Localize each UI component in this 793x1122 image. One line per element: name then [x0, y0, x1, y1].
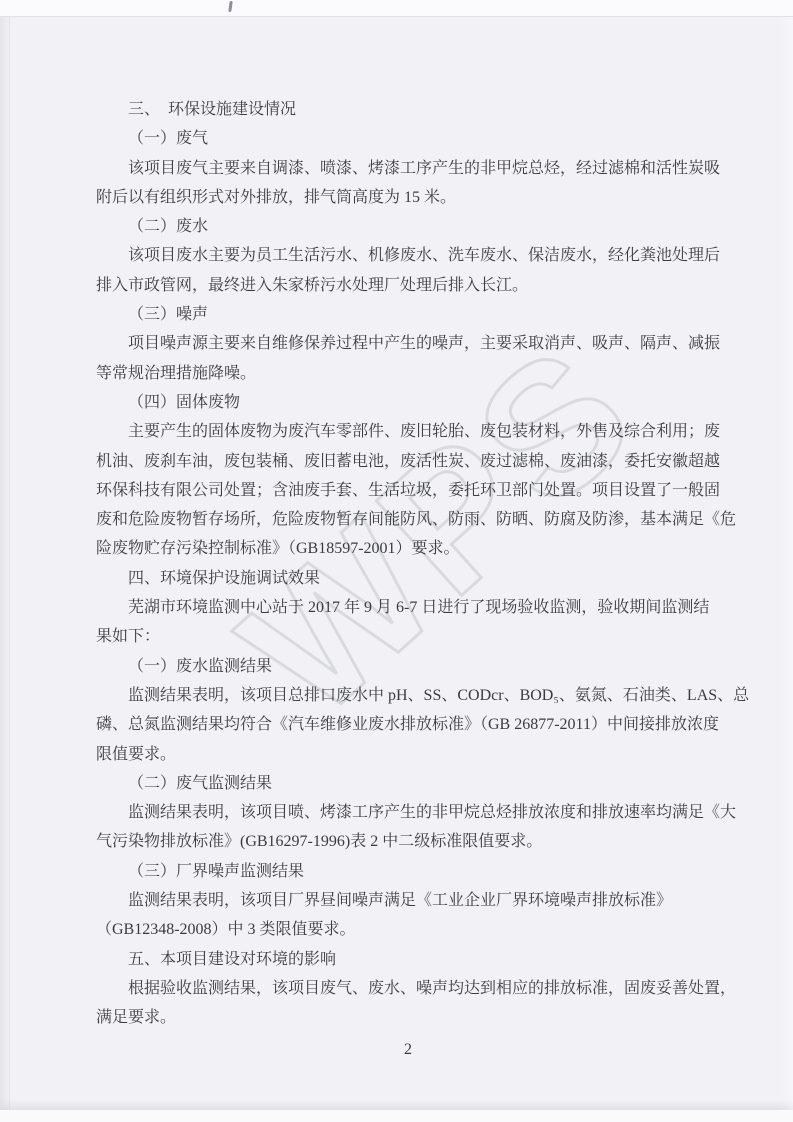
text-line: 果如下：	[96, 622, 720, 651]
text-line: （三）厂界噪声监测结果	[96, 857, 720, 886]
text-line: 项目噪声源主要来自维修保养过程中产生的噪声，主要采取消声、吸声、隔声、减振	[96, 329, 720, 358]
text-line: 五、本项目建设对环境的影响	[96, 945, 720, 974]
text-line: 三、 环保设施建设情况	[96, 95, 720, 124]
text-line: （三）噪声	[96, 300, 720, 329]
text-line: （一）废水监测结果	[96, 652, 720, 681]
text-line: 监测结果表明，该项目厂界昼间噪声满足《工业企业厂界环境噪声排放标准》	[96, 886, 720, 915]
text-line: 根据验收监测结果，该项目废气、废水、噪声均达到相应的排放标准，固废妥善处置，	[96, 974, 720, 1003]
text-line: 附后以有组织形式对外排放，排气筒高度为 15 米。	[96, 183, 720, 212]
text-line: 环保科技有限公司处置；含油废手套、生活垃圾，委托环卫部门处置。项目设置了一般固	[96, 476, 720, 505]
scan-top-edge	[0, 0, 793, 17]
text-line: 满足要求。	[96, 1003, 720, 1032]
text-line: 废和危险废物暂存场所，危险废物暂存间能防风、防雨、防晒、防腐及防渗，基本满足《危	[96, 505, 720, 534]
text-line: 主要产生的固体废物为废汽车零部件、废旧轮胎、废包装材料，外售及综合利用；废	[96, 417, 720, 446]
text-line: （二）废气监测结果	[96, 769, 720, 798]
text-line: 监测结果表明，该项目喷、烤漆工序产生的非甲烷总烃排放浓度和排放速率均满足《大	[96, 798, 720, 827]
scan-bottom-edge	[0, 1110, 793, 1122]
text-line: 监测结果表明，该项目总排口废水中 pH、SS、CODcr、BOD₅、氨氮、石油类…	[96, 681, 720, 710]
text-line: （一）废气	[96, 124, 720, 153]
text-line: 该项目废水主要为员工生活污水、机修废水、洗车废水、保洁废水，经化粪池处理后	[96, 241, 720, 270]
text-line: 险废物贮存污染控制标准》（GB18597-2001）要求。	[96, 534, 720, 563]
page-number: 2	[96, 1040, 720, 1060]
text-line: 四、环境保护设施调试效果	[96, 564, 720, 593]
text-line: 磷、总氮监测结果均符合《汽车维修业废水排放标准》（GB 26877-2011）中…	[96, 710, 720, 739]
scan-right-edge	[781, 0, 793, 1122]
scanned-document-page: WPS 三、 环保设施建设情况（一）废气该项目废气主要来自调漆、喷漆、烤漆工序产…	[0, 0, 793, 1122]
document-body: 三、 环保设施建设情况（一）废气该项目废气主要来自调漆、喷漆、烤漆工序产生的非甲…	[96, 95, 720, 1033]
text-line: 等常规治理措施降噪。	[96, 359, 720, 388]
text-line: 气污染物排放标准》(GB16297-1996)表 2 中二级标准限值要求。	[96, 827, 720, 856]
text-line: 限值要求。	[96, 740, 720, 769]
text-line: 排入市政管网，最终进入朱家桥污水处理厂处理后排入长江。	[96, 271, 720, 300]
text-line: （GB12348-2008）中 3 类限值要求。	[96, 915, 720, 944]
text-line: 机油、废刹车油，废包装桶、废旧蓄电池，废活性炭、废过滤棉、废油漆，委托安徽超越	[96, 447, 720, 476]
text-line: （四）固体废物	[96, 388, 720, 417]
text-line: 该项目废气主要来自调漆、喷漆、烤漆工序产生的非甲烷总烃，经过滤棉和活性炭吸	[96, 154, 720, 183]
text-line: 芜湖市环境监测中心站于 2017 年 9 月 6-7 日进行了现场验收监测，验收…	[96, 593, 720, 622]
scan-left-edge	[0, 0, 10, 1122]
text-line: （二）废水	[96, 212, 720, 241]
